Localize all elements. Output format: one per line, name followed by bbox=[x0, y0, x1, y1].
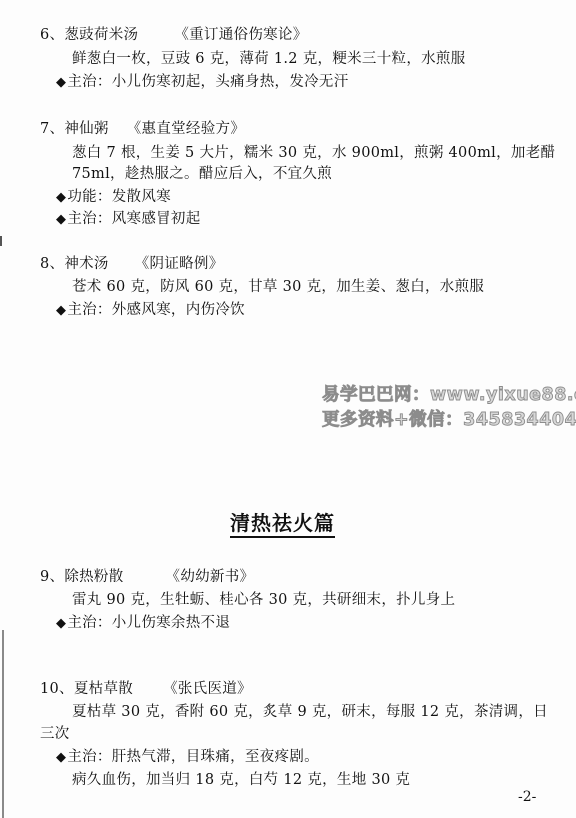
bullet-label: 主治： bbox=[67, 615, 111, 631]
bullet-text: 发散风寒 bbox=[112, 189, 171, 205]
entry-title: 6、葱豉荷米汤《重订通俗伤寒论》 bbox=[40, 26, 308, 44]
bullet-label: 功能： bbox=[67, 189, 111, 205]
diamond-bullet-icon: ◆ bbox=[56, 616, 66, 631]
bullet-text: 风寒感冒初起 bbox=[112, 211, 201, 227]
bullet-label: 主治： bbox=[67, 749, 111, 765]
section-heading: 清热祛火篇 bbox=[230, 510, 335, 538]
entry-name: 除热粉散 bbox=[64, 569, 123, 585]
entry-name: 神仙粥 bbox=[64, 121, 108, 137]
entry-source: 《惠直堂经验方》 bbox=[127, 121, 245, 137]
entry-source: 《阴证略例》 bbox=[135, 256, 224, 272]
watermark-contact: 更多资料+微信：3458344044 bbox=[322, 409, 576, 431]
bullet-label: 主治： bbox=[67, 74, 111, 90]
entry-recipe: 苍术 60 克，防风 60 克，甘草 30 克，加生姜、葱白，水煎服 bbox=[72, 278, 484, 296]
bullet-text: 外感风寒，内伤冷饮 bbox=[112, 302, 245, 318]
diamond-bullet-icon: ◆ bbox=[56, 190, 66, 205]
bullet-text: 小儿伤寒初起，头痛身热，发冷无汗 bbox=[112, 74, 349, 90]
entry-name: 葱豉荷米汤 bbox=[64, 27, 138, 43]
entry-bullet: ◆功能：发散风寒 bbox=[56, 188, 171, 207]
entry-source: 《张氏医道》 bbox=[163, 681, 252, 697]
watermark-site: 易学巴巴网：www.yixue88.cn bbox=[322, 384, 576, 406]
entry-number: 8、 bbox=[40, 256, 64, 272]
document-page: 6、葱豉荷米汤《重订通俗伤寒论》 鲜葱白一枚，豆豉 6 克，薄荷 1.2 克，粳… bbox=[0, 0, 576, 818]
bullet-label: 主治： bbox=[67, 211, 111, 227]
entry-name: 神术汤 bbox=[64, 256, 108, 272]
entry-bullet: ◆主治：小儿伤寒初起，头痛身热，发冷无汗 bbox=[56, 73, 349, 92]
entry-number: 10、 bbox=[40, 681, 74, 697]
entry-number: 9、 bbox=[40, 569, 64, 585]
entry-bullet: ◆主治：外感风寒，内伤冷饮 bbox=[56, 301, 245, 320]
scan-edge-mark bbox=[0, 236, 2, 246]
entry-source: 《幼幼新书》 bbox=[166, 569, 255, 585]
entry-number: 6、 bbox=[40, 27, 64, 43]
entry-recipe: 夏枯草 30 克，香附 60 克，炙草 9 克，研末，每服 12 克，茶清调，日 bbox=[72, 703, 548, 721]
scan-edge-line bbox=[2, 630, 4, 818]
entry-note: 病久血伤，加当归 18 克，白芍 12 克，生地 30 克 bbox=[72, 771, 410, 789]
entry-name: 夏枯草散 bbox=[74, 681, 133, 697]
page-number: -2- bbox=[518, 789, 536, 805]
entry-recipe: 雷丸 90 克，生牡蛎、桂心各 30 克，共研细末，扑儿身上 bbox=[72, 591, 455, 609]
diamond-bullet-icon: ◆ bbox=[56, 303, 66, 318]
entry-title: 7、神仙粥《惠直堂经验方》 bbox=[40, 120, 245, 138]
entry-number: 7、 bbox=[40, 121, 64, 137]
diamond-bullet-icon: ◆ bbox=[56, 750, 66, 765]
entry-recipe: 鲜葱白一枚，豆豉 6 克，薄荷 1.2 克，粳米三十粒，水煎服 bbox=[72, 50, 466, 68]
entry-title: 9、除热粉散《幼幼新书》 bbox=[40, 568, 254, 586]
bullet-label: 主治： bbox=[67, 302, 111, 318]
entry-title: 8、神术汤《阴证略例》 bbox=[40, 255, 224, 273]
entry-recipe: 75ml，趁热服之。醋应后入，不宜久煎 bbox=[72, 165, 332, 183]
diamond-bullet-icon: ◆ bbox=[56, 212, 66, 227]
entry-bullet: ◆主治：肝热气滞，目珠痛，至夜疼剧。 bbox=[56, 748, 319, 767]
bullet-text: 肝热气滞，目珠痛，至夜疼剧。 bbox=[112, 749, 319, 765]
diamond-bullet-icon: ◆ bbox=[56, 75, 66, 90]
entry-source: 《重订通俗伤寒论》 bbox=[174, 27, 307, 43]
entry-title: 10、夏枯草散《张氏医道》 bbox=[40, 680, 252, 698]
entry-bullet: ◆主治：风寒感冒初起 bbox=[56, 210, 201, 229]
entry-recipe: 三次 bbox=[40, 725, 70, 743]
entry-bullet: ◆主治：小儿伤寒余热不退 bbox=[56, 614, 230, 633]
entry-recipe: 葱白 7 根，生姜 5 大片，糯米 30 克，水 900ml，煎粥 400ml，… bbox=[72, 144, 555, 162]
bullet-text: 小儿伤寒余热不退 bbox=[112, 615, 230, 631]
